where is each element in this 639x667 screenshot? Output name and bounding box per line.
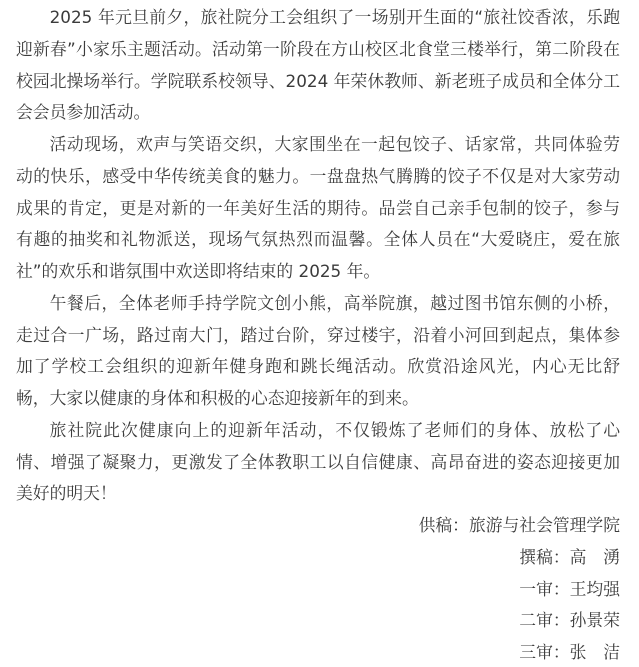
body-paragraph-3: 午餐后，全体老师手持学院文创小熊，高举院旗，越过图书馆东侧的小桥，走过合一广场，… [16, 288, 620, 415]
body-paragraph-1: 2025 年元旦前夕，旅社院分工会组织了一场别开生面的“旅社饺香浓，乐跑迎新春”… [16, 2, 620, 129]
document-page: 2025 年元旦前夕，旅社院分工会组织了一场别开生面的“旅社饺香浓，乐跑迎新春”… [0, 0, 639, 667]
credit-third-review: 三审：张 洁 [16, 637, 620, 667]
credits-block: 供稿：旅游与社会管理学院 撰稿：高 湧 一审：王均强 二审：孙景荣 三审：张 洁 [16, 510, 620, 667]
credit-second-review: 二审：孙景荣 [16, 605, 620, 637]
body-paragraph-4: 旅社院此次健康向上的迎新年活动，不仅锻炼了老师们的身体、放松了心情、增强了凝聚力… [16, 415, 620, 510]
credit-first-review: 一审：王均强 [16, 574, 620, 606]
body-paragraph-2: 活动现场，欢声与笑语交织，大家围坐在一起包饺子、话家常，共同体验劳动的快乐，感受… [16, 129, 620, 288]
credit-author: 撰稿：高 湧 [16, 542, 620, 574]
credit-contributor: 供稿：旅游与社会管理学院 [16, 510, 620, 542]
